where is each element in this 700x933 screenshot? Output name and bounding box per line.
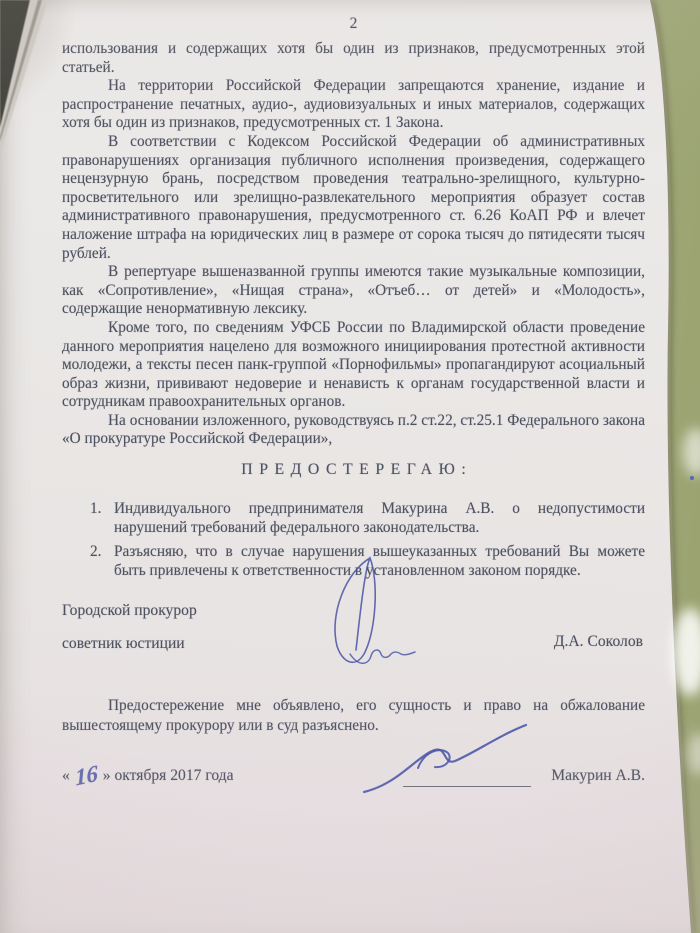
recipient-name: Макурин А.В.: [551, 765, 645, 787]
document-paragraph: На территории Российской Федерации запре…: [62, 77, 645, 133]
signature-block: Городской прокурор советник юстиции Д.А.…: [62, 600, 645, 668]
warning-heading: ПРЕДОСТЕРЕГАЮ:: [62, 461, 645, 479]
date-and-signature-row: «16» октября 2017 года Макурин А.В.: [62, 761, 645, 787]
document-paragraph: использования и содержащих хотя бы один …: [62, 40, 645, 77]
date-line: «16» октября 2017 года: [62, 761, 234, 787]
date-tail: » октября 2017 года: [103, 767, 234, 784]
handwritten-day: 16: [74, 762, 98, 790]
document-paragraph: В соответствии с Кодексом Российской Фед…: [62, 133, 645, 263]
list-item-text: Разъясняю, что в случае нарушения вышеук…: [114, 542, 645, 580]
underlying-pages-corner: [0, 0, 110, 195]
list-item-text: Индивидуального предпринимателя Макурина…: [114, 499, 645, 537]
page-number: 2: [62, 14, 645, 33]
signature-line: [403, 774, 531, 787]
signatory-title-line1: Городской прокурор: [62, 602, 197, 620]
signatory-title-line2: советник юстиции: [62, 635, 185, 653]
document-paragraph: В репертуаре вышеназванной группы имеютс…: [62, 263, 645, 319]
document-paragraph: На основании изложенного, руководствуясь…: [62, 412, 645, 449]
warning-list-item: 1. Индивидуального предпринимателя Макур…: [90, 499, 645, 537]
prosecutor-name: Д.А. Соколов: [554, 633, 643, 651]
document-photo: 2 использования и содержащих хотя бы оди…: [0, 0, 700, 933]
warning-list-item: 2. Разъясняю, что в случае нарушения выш…: [90, 542, 645, 580]
list-item-number: 2.: [90, 542, 114, 580]
document-paragraph: Кроме того, по сведениям УФСБ России по …: [62, 319, 645, 412]
ink-dot: [690, 476, 694, 480]
acknowledgment-paragraph: Предостережение мне объявлено, его сущно…: [62, 696, 645, 735]
list-item-number: 1.: [90, 499, 114, 537]
warning-list: 1. Индивидуального предпринимателя Макур…: [90, 499, 645, 580]
document-body-text: использования и содержащих хотя бы один …: [62, 40, 645, 449]
date-quote-open: «: [62, 767, 70, 784]
